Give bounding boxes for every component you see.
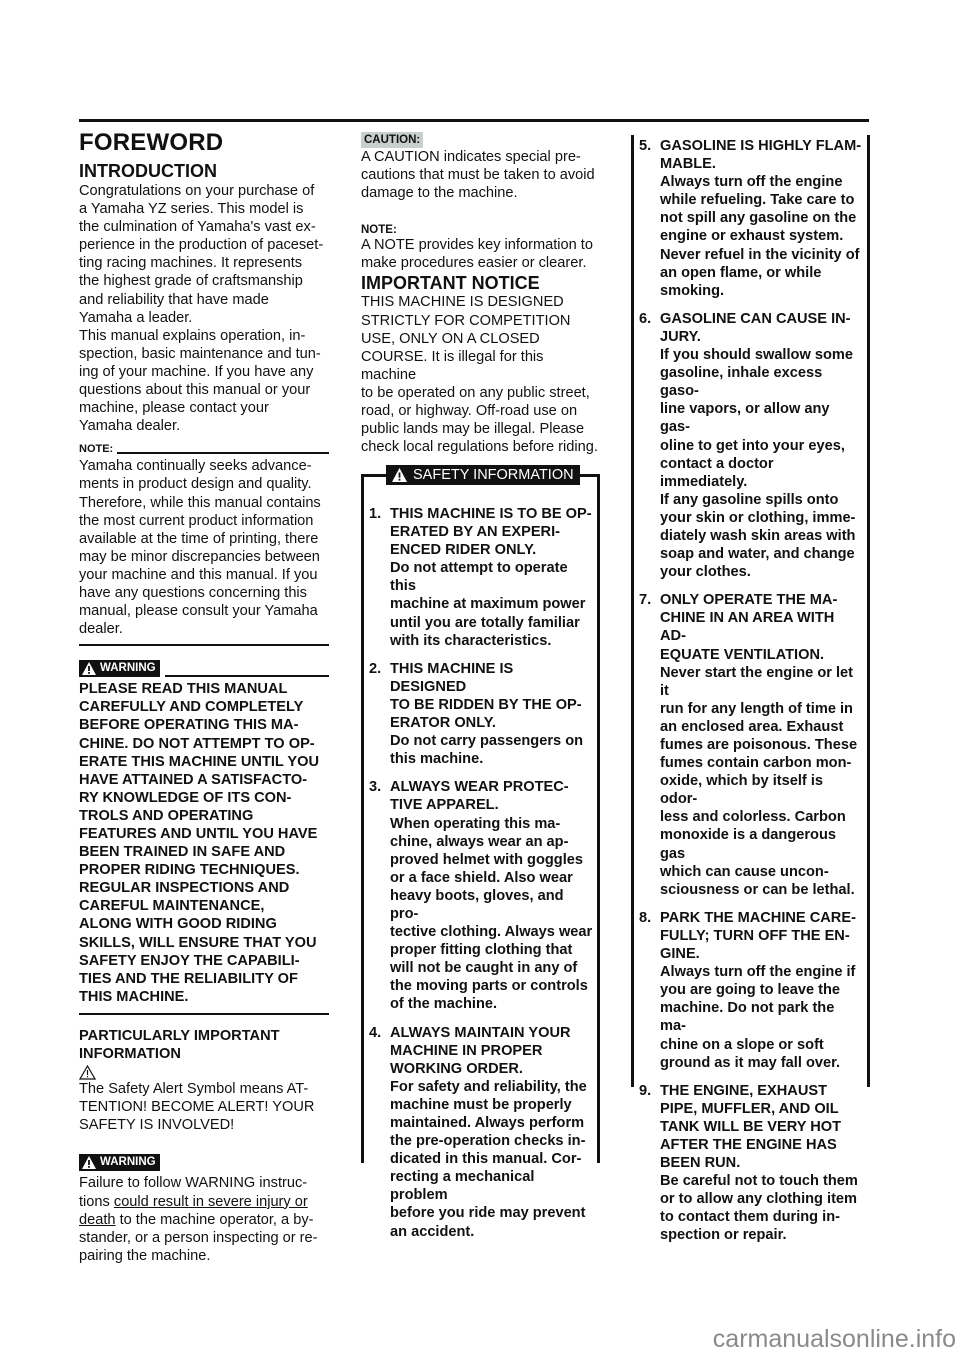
introduction-heading: INTRODUCTION xyxy=(79,160,329,182)
text-line: If any gasoline spills onto xyxy=(660,491,863,509)
text-line: oline to get into your eyes, xyxy=(660,437,863,455)
text-line: fumes are poisonous. These xyxy=(660,736,863,754)
item-text: GASOLINE IS HIGHLY FLAM- MABLE. Always t… xyxy=(660,137,863,300)
text-line: your clothes. xyxy=(660,563,863,581)
text-line: PLEASE READ THIS MANUAL xyxy=(79,680,329,698)
item-text: ALWAYS WEAR PROTEC- TIVE APPAREL. When o… xyxy=(390,778,593,1013)
safety-items-5-9: 5. GASOLINE IS HIGHLY FLAM- MABLE. Alway… xyxy=(639,137,863,1255)
safety-item-7: 7. ONLY OPERATE THE MA- CHINE IN AN AREA… xyxy=(639,591,863,899)
text-line: FULLY; TURN OFF THE EN- xyxy=(660,927,863,945)
text-line: COURSE. It is illegal for this machine xyxy=(361,348,601,384)
watermark: carmanualsonline.info xyxy=(713,1325,956,1354)
text-line: which can cause uncon- xyxy=(660,863,863,881)
text-line: JURY. xyxy=(660,328,863,346)
safety-information-box: SAFETY INFORMATION 1. THIS MACHINE IS TO… xyxy=(361,474,600,1163)
text-line: PARTICULARLY IMPORTANT xyxy=(79,1027,329,1045)
important-notice-body: THIS MACHINE IS DESIGNED STRICTLY FOR CO… xyxy=(361,293,601,456)
text-line: ERATE THIS MACHINE UNTIL YOU xyxy=(79,753,329,771)
text-line: GASOLINE IS HIGHLY FLAM- xyxy=(660,137,863,155)
warning-triangle-icon xyxy=(82,662,96,675)
text-line: tions could result in severe injury or xyxy=(79,1193,329,1211)
text-line: Be careful not to touch them xyxy=(660,1172,863,1190)
text-line: manual, please consult your Yamaha xyxy=(79,602,329,620)
text-line: the most current product information xyxy=(79,512,329,530)
text-line: fumes contain carbon mon- xyxy=(660,754,863,772)
particular-body: The Safety Alert Symbol means AT- TENTIO… xyxy=(79,1080,329,1134)
text-line: CAREFULLY AND COMPLETELY xyxy=(79,698,329,716)
safety-item-9: 9. THE ENGINE, EXHAUST PIPE, MUFFLER, AN… xyxy=(639,1082,863,1245)
text-line: the culmination of Yamaha's vast ex- xyxy=(79,218,329,236)
text-line: Congratulations on your purchase of xyxy=(79,182,329,200)
introduction-body: Congratulations on your purchase of a Ya… xyxy=(79,182,329,435)
text-line: HAVE ATTAINED A SATISFACTO- xyxy=(79,771,329,789)
text-line: RY KNOWLEDGE OF ITS CON- xyxy=(79,789,329,807)
underlined-text: death xyxy=(79,1212,116,1228)
text-line: The Safety Alert Symbol means AT- xyxy=(79,1080,329,1098)
text-line: spection, basic maintenance and tun- xyxy=(79,345,329,363)
item-number: 1. xyxy=(369,505,390,650)
text-line: damage to the machine. xyxy=(361,184,601,202)
text-line: ERATED BY AN EXPERI- xyxy=(390,523,593,541)
text-line: EQUATE VENTILATION. xyxy=(660,646,863,664)
text-line: INFORMATION xyxy=(79,1045,329,1063)
text-line: A CAUTION indicates special pre- xyxy=(361,148,601,166)
text-line: ALWAYS MAINTAIN YOUR xyxy=(390,1024,593,1042)
text-line: TIES AND THE RELIABILITY OF xyxy=(79,970,329,988)
text-line: THIS MACHINE. xyxy=(79,988,329,1006)
safety-information-box-continued: 5. GASOLINE IS HIGHLY FLAM- MABLE. Alway… xyxy=(631,135,870,1087)
text-line: Yamaha a leader. xyxy=(79,309,329,327)
safety-item-1: 1. THIS MACHINE IS TO BE OP- ERATED BY A… xyxy=(369,505,593,650)
warning-label: WARNING xyxy=(100,661,156,676)
item-number: 8. xyxy=(639,909,660,1072)
safety-header-label: SAFETY INFORMATION xyxy=(413,465,574,485)
text-line: heavy boots, gloves, and pro- xyxy=(390,887,593,923)
text-line: TO BE RIDDEN BY THE OP- xyxy=(390,696,593,714)
text-line: death to the machine operator, a by- xyxy=(79,1211,329,1229)
text-line: chine, always wear an ap- xyxy=(390,833,593,851)
text-line: line vapors, or allow any gas- xyxy=(660,400,863,436)
text-line: ting racing machines. It represents xyxy=(79,254,329,272)
text-line: Never refuel in the vicinity of xyxy=(660,246,863,264)
text-line: Yamaha dealer. xyxy=(79,417,329,435)
warning-body: PLEASE READ THIS MANUAL CAREFULLY AND CO… xyxy=(79,680,329,1006)
safety-item-2: 2. THIS MACHINE IS DESIGNED TO BE RIDDEN… xyxy=(369,660,593,769)
column-2: CAUTION: A CAUTION indicates special pre… xyxy=(361,130,601,456)
text-line: WORKING ORDER. xyxy=(390,1060,593,1078)
safety-item-5: 5. GASOLINE IS HIGHLY FLAM- MABLE. Alway… xyxy=(639,137,863,300)
text-line: make procedures easier or clearer. xyxy=(361,254,601,272)
text-line: road, or highway. Off-road use on xyxy=(361,402,601,420)
text-line: sciousness or can be lethal. xyxy=(660,881,863,899)
text-line: stander, or a person inspecting or re- xyxy=(79,1229,329,1247)
item-number: 6. xyxy=(639,310,660,581)
note-rule xyxy=(117,452,329,454)
text-line: your skin or clothing, imme- xyxy=(660,509,863,527)
text-line: PARK THE MACHINE CARE- xyxy=(660,909,863,927)
item-text: PARK THE MACHINE CARE- FULLY; TURN OFF T… xyxy=(660,909,863,1072)
item-number: 5. xyxy=(639,137,660,300)
text-line: tective clothing. Always wear xyxy=(390,923,593,941)
warning-end-rule xyxy=(79,1013,329,1015)
underlined-text: could result in severe injury or xyxy=(114,1194,308,1210)
text-line: TENTION! BECOME ALERT! YOUR xyxy=(79,1098,329,1116)
note-label: NOTE: xyxy=(79,443,113,456)
text-line: an enclosed area. Exhaust xyxy=(660,718,863,736)
text-line: ments in product design and quality. xyxy=(79,475,329,493)
text-line: the pre-operation checks in- xyxy=(390,1132,593,1150)
item-number: 7. xyxy=(639,591,660,899)
warning-rule xyxy=(165,675,329,677)
text-line: SAFETY ENJOY THE CAPABILI- xyxy=(79,952,329,970)
text-line: When operating this ma- xyxy=(390,815,593,833)
text-line: or a face shield. Also wear xyxy=(390,869,593,887)
item-number: 2. xyxy=(369,660,390,769)
text-line: A NOTE provides key information to xyxy=(361,236,601,254)
text-line: GASOLINE CAN CAUSE IN- xyxy=(660,310,863,328)
text-line: dealer. xyxy=(79,620,329,638)
text-line: machine, please contact your xyxy=(79,399,329,417)
text-line: STRICTLY FOR COMPETITION xyxy=(361,312,601,330)
text-line: PROPER RIDING TECHNIQUES. xyxy=(79,861,329,879)
warning2-body: Failure to follow WARNING instruc- tions… xyxy=(79,1174,329,1264)
text-line: before you ride may prevent xyxy=(390,1204,593,1222)
text-line: oxide, which by itself is odor- xyxy=(660,772,863,808)
text-line: AFTER THE ENGINE HAS xyxy=(660,1136,863,1154)
text-line: the highest grade of craftsmanship xyxy=(79,272,329,290)
text-line: questions about this manual or your xyxy=(79,381,329,399)
text-line: ENCED RIDER ONLY. xyxy=(390,541,593,559)
text-line: and reliability that have made xyxy=(79,291,329,309)
text-line: MABLE. xyxy=(660,155,863,173)
warning-badge: WARNING xyxy=(79,1154,160,1171)
text-span: to the machine operator, a by- xyxy=(116,1212,314,1228)
warning-label: WARNING xyxy=(100,1155,156,1170)
caution-label: CAUTION: xyxy=(361,132,423,148)
text-line: contact a doctor immediately. xyxy=(660,455,863,491)
text-line: ONLY OPERATE THE MA- xyxy=(660,591,863,609)
caution-body: A CAUTION indicates special pre- caution… xyxy=(361,148,601,202)
safety-alert-symbol-icon xyxy=(79,1065,96,1080)
text-line: machine must be properly xyxy=(390,1096,593,1114)
item-text: THIS MACHINE IS TO BE OP- ERATED BY AN E… xyxy=(390,505,593,650)
text-line: soap and water, and change xyxy=(660,545,863,563)
text-line: run for any length of time in xyxy=(660,700,863,718)
note-body: Yamaha continually seeks advance- ments … xyxy=(79,457,329,638)
safety-item-8: 8. PARK THE MACHINE CARE- FULLY; TURN OF… xyxy=(639,909,863,1072)
text-line: BEEN RUN. xyxy=(660,1154,863,1172)
text-line: TROLS AND OPERATING xyxy=(79,807,329,825)
text-line: your machine and this manual. If you xyxy=(79,566,329,584)
text-line: maintained. Always perform xyxy=(390,1114,593,1132)
item-text: THE ENGINE, EXHAUST PIPE, MUFFLER, AND O… xyxy=(660,1082,863,1245)
note-end-rule xyxy=(79,644,329,646)
text-line: REGULAR INSPECTIONS AND xyxy=(79,879,329,897)
text-line: diately wash skin areas with xyxy=(660,527,863,545)
text-line: gasoline, inhale excess gaso- xyxy=(660,364,863,400)
text-line: the moving parts or controls xyxy=(390,977,593,995)
particular-heading: PARTICULARLY IMPORTANT INFORMATION xyxy=(79,1027,329,1063)
text-line: cautions that must be taken to avoid xyxy=(361,166,601,184)
warning2-header: WARNING xyxy=(79,1154,329,1174)
safety-item-3: 3. ALWAYS WEAR PROTEC- TIVE APPAREL. Whe… xyxy=(369,778,593,1013)
safety-items-1-4: 1. THIS MACHINE IS TO BE OP- ERATED BY A… xyxy=(369,505,593,1251)
text-line: TANK WILL BE VERY HOT xyxy=(660,1118,863,1136)
item-text: ALWAYS MAINTAIN YOUR MACHINE IN PROPER W… xyxy=(390,1024,593,1241)
text-line: CHINE. DO NOT ATTEMPT TO OP- xyxy=(79,735,329,753)
text-line: with its characteristics. xyxy=(390,632,593,650)
text-line: to contact them during in- xyxy=(660,1208,863,1226)
warning-header: WARNING xyxy=(79,660,329,677)
text-line: a Yamaha YZ series. This model is xyxy=(79,200,329,218)
text-line: ALWAYS WEAR PROTEC- xyxy=(390,778,593,796)
item-text: GASOLINE CAN CAUSE IN- JURY. If you shou… xyxy=(660,310,863,581)
text-line: may be minor discrepancies between xyxy=(79,548,329,566)
text-line: If you should swallow some xyxy=(660,346,863,364)
text-line: For safety and reliability, the xyxy=(390,1078,593,1096)
text-line: BEFORE OPERATING THIS MA- xyxy=(79,716,329,734)
text-line: ERATOR ONLY. xyxy=(390,714,593,732)
text-line: MACHINE IN PROPER xyxy=(390,1042,593,1060)
text-line: Therefore, while this manual contains xyxy=(79,494,329,512)
text-line: engine or exhaust system. xyxy=(660,227,863,245)
text-line: machine. Do not park the ma- xyxy=(660,999,863,1035)
text-line: to be operated on any public street, xyxy=(361,384,601,402)
text-line: FEATURES AND UNTIL YOU HAVE xyxy=(79,825,329,843)
text-line: while refueling. Take care to xyxy=(660,191,863,209)
text-line: Do not attempt to operate this xyxy=(390,559,593,595)
text-line: THIS MACHINE IS DESIGNED xyxy=(361,293,601,311)
text-line: USE, ONLY ON A CLOSED xyxy=(361,330,601,348)
text-line: THE ENGINE, EXHAUST xyxy=(660,1082,863,1100)
text-line: of the machine. xyxy=(390,995,593,1013)
safety-information-header: SAFETY INFORMATION xyxy=(386,465,580,485)
text-line: ing of your machine. If you have any xyxy=(79,363,329,381)
text-line: smoking. xyxy=(660,282,863,300)
text-line: recting a mechanical problem xyxy=(390,1168,593,1204)
text-line: CAREFUL MAINTENANCE, xyxy=(79,897,329,915)
text-line: THIS MACHINE IS TO BE OP- xyxy=(390,505,593,523)
text-line: public lands may be illegal. Please xyxy=(361,420,601,438)
warning-triangle-icon xyxy=(82,1156,96,1169)
column-1: FOREWORD INTRODUCTION Congratulations on… xyxy=(79,128,329,1265)
text-line: this machine. xyxy=(390,750,593,768)
text-line: SKILLS, WILL ENSURE THAT YOU xyxy=(79,934,329,952)
text-line: GINE. xyxy=(660,945,863,963)
text-line: perience in the production of paceset- xyxy=(79,236,329,254)
text-line: CHINE IN AN AREA WITH AD- xyxy=(660,609,863,645)
text-line: PIPE, MUFFLER, AND OIL xyxy=(660,1100,863,1118)
text-line: Always turn off the engine if xyxy=(660,963,863,981)
text-line: Always turn off the engine xyxy=(660,173,863,191)
note2-body: A NOTE provides key information to make … xyxy=(361,236,601,272)
text-line: monoxide is a dangerous gas xyxy=(660,826,863,862)
text-line: ALONG WITH GOOD RIDING xyxy=(79,915,329,933)
text-line: Yamaha continually seeks advance- xyxy=(79,457,329,475)
safety-item-4: 4. ALWAYS MAINTAIN YOUR MACHINE IN PROPE… xyxy=(369,1024,593,1241)
text-line: you are going to leave the xyxy=(660,981,863,999)
text-line: available at the time of printing, there xyxy=(79,530,329,548)
text-line: Never start the engine or let it xyxy=(660,664,863,700)
text-line: spection or repair. xyxy=(660,1226,863,1244)
item-number: 3. xyxy=(369,778,390,1013)
text-line: dicated in this manual. Cor- xyxy=(390,1150,593,1168)
text-line: SAFETY IS INVOLVED! xyxy=(79,1116,329,1134)
text-line: pairing the machine. xyxy=(79,1247,329,1265)
text-line: Failure to follow WARNING instruc- xyxy=(79,1174,329,1192)
safety-item-6: 6. GASOLINE CAN CAUSE IN- JURY. If you s… xyxy=(639,310,863,581)
text-line: machine at maximum power xyxy=(390,595,593,613)
text-line: will not be caught in any of xyxy=(390,959,593,977)
text-line: TIVE APPAREL. xyxy=(390,796,593,814)
item-number: 4. xyxy=(369,1024,390,1241)
text-line: or to allow any clothing item xyxy=(660,1190,863,1208)
text-line: an open flame, or while xyxy=(660,264,863,282)
note2-label: NOTE: xyxy=(361,224,601,236)
text-line: proper fitting clothing that xyxy=(390,941,593,959)
item-number: 9. xyxy=(639,1082,660,1245)
text-line: Do not carry passengers on xyxy=(390,732,593,750)
text-line: This manual explains operation, in- xyxy=(79,327,329,345)
text-line: less and colorless. Carbon xyxy=(660,808,863,826)
text-line: have any questions concerning this xyxy=(79,584,329,602)
text-line: ground as it may fall over. xyxy=(660,1054,863,1072)
item-text: THIS MACHINE IS DESIGNED TO BE RIDDEN BY… xyxy=(390,660,593,769)
page-title: FOREWORD xyxy=(79,128,329,158)
warning-badge: WARNING xyxy=(79,660,160,677)
top-rule xyxy=(79,119,869,122)
text-line: not spill any gasoline on the xyxy=(660,209,863,227)
text-line: chine on a slope or soft xyxy=(660,1036,863,1054)
warning-triangle-icon xyxy=(392,468,407,482)
note-header: NOTE: xyxy=(79,443,329,456)
item-text: ONLY OPERATE THE MA- CHINE IN AN AREA WI… xyxy=(660,591,863,899)
important-notice-heading: IMPORTANT NOTICE xyxy=(361,273,601,293)
text-line: BEEN TRAINED IN SAFE AND xyxy=(79,843,329,861)
text-line: check local regulations before riding. xyxy=(361,438,601,456)
text-span: tions xyxy=(79,1194,114,1210)
text-line: until you are totally familiar xyxy=(390,614,593,632)
text-line: proved helmet with goggles xyxy=(390,851,593,869)
text-line: an accident. xyxy=(390,1223,593,1241)
text-line: THIS MACHINE IS DESIGNED xyxy=(390,660,593,696)
